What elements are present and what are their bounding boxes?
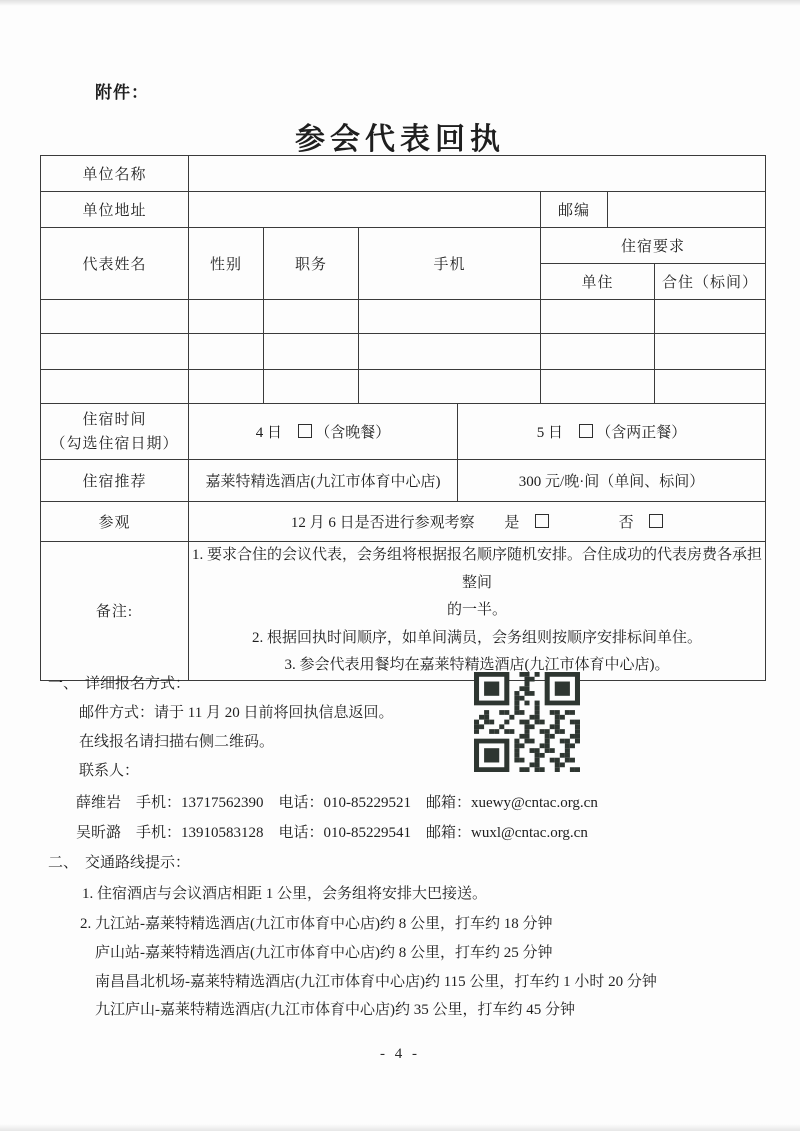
page-title: 参会代表回执 xyxy=(0,114,800,158)
transport-line-1: 1. 住宿酒店与会议酒店相距 1 公里，会务组将安排大巴接送。 xyxy=(82,882,487,903)
delegate-row xyxy=(41,334,766,370)
postal-code-label: 邮编 xyxy=(541,192,608,228)
col-header-gender: 性别 xyxy=(189,228,264,300)
online-signup-line: 在线报名请扫描右侧二维码。 xyxy=(79,730,274,751)
scanned-document-page: 附件： 参会代表回执 单位名称 单位地址 邮编 代表姓名 性别 职务 手机 住宿… xyxy=(0,0,800,1131)
transport-line-2: 2. 九江站-嘉莱特精选酒店(九江市体育中心店)约 8 公里，打车约 18 分钟 xyxy=(80,912,553,933)
day4-checkbox[interactable] xyxy=(298,424,312,438)
contact-line-1: 薛维岩 手机：13717562390 电话：010-85229521 邮箱：xu… xyxy=(76,791,598,812)
stay-option-day5: 5 日 （含两正餐） xyxy=(458,404,766,460)
stay-option-day4-note: （含晚餐） xyxy=(315,425,390,441)
stay-time-label: 住宿时间 （勾选住宿日期） xyxy=(41,404,189,460)
contact-line-2: 吴昕潞 手机：13910583128 电话：010-85229541 邮箱：wu… xyxy=(76,821,588,842)
section2-title: 交通路线提示： xyxy=(85,855,190,871)
col-header-single-room: 单住 xyxy=(541,264,655,300)
transport-line-4: 南昌昌北机场-嘉莱特精选酒店(九江市体育中心店)约 115 公里，打车约 1 小… xyxy=(95,970,657,991)
scan-edge-top xyxy=(0,0,800,6)
visit-yes-checkbox[interactable] xyxy=(535,514,549,528)
visit-no-checkbox[interactable] xyxy=(649,514,663,528)
col-header-position: 职务 xyxy=(264,228,359,300)
delegate-name-field[interactable] xyxy=(41,370,189,404)
visit-question: 12 月 6 日是否进行参观考察 xyxy=(291,515,475,531)
remarks-label: 备注: xyxy=(41,542,189,681)
stay-recommend-row: 住宿推荐 嘉莱特精选酒店(九江市体育中心店) 300 元/晚·间（单间、标间） xyxy=(41,460,766,502)
registration-form-table: 单位名称 单位地址 邮编 代表姓名 性别 职务 手机 住宿要求 单住 合住（标间… xyxy=(40,155,766,681)
stay-recommend-label: 住宿推荐 xyxy=(41,460,189,502)
gender-field[interactable] xyxy=(189,300,264,334)
stay-option-day4: 4 日 （含晚餐） xyxy=(189,404,458,460)
transport-line-3: 庐山站-嘉莱特精选酒店(九江市体育中心店)约 8 公里，打车约 25 分钟 xyxy=(95,941,553,962)
mobile-field[interactable] xyxy=(359,300,541,334)
stay-option-day4-text: 4 日 xyxy=(256,425,282,441)
remarks-row: 备注: 1. 要求合住的会议代表，会务组将根据报名顺序随机安排。合住成功的代表房… xyxy=(41,542,766,681)
position-field[interactable] xyxy=(264,334,359,370)
position-field[interactable] xyxy=(264,300,359,334)
section1-number: 一、 xyxy=(48,672,78,693)
gender-field[interactable] xyxy=(189,370,264,404)
unit-name-label: 单位名称 xyxy=(41,156,189,192)
visit-no-label: 否 xyxy=(619,515,634,531)
remarks-line-1b: 的一半。 xyxy=(189,597,765,625)
stay-recommend-price: 300 元/晚·间（单间、标间） xyxy=(458,460,766,502)
email-method-line: 邮件方式：请于 11 月 20 日前将回执信息返回。 xyxy=(79,701,393,722)
mobile-field[interactable] xyxy=(359,370,541,404)
visit-yes-label: 是 xyxy=(504,515,519,531)
col-header-mobile: 手机 xyxy=(359,228,541,300)
qr-code xyxy=(474,672,580,772)
delegate-name-field[interactable] xyxy=(41,334,189,370)
scan-edge-bottom xyxy=(0,1124,800,1131)
table-row: 单位地址 邮编 xyxy=(41,192,766,228)
stay-option-day5-note: （含两正餐） xyxy=(596,425,686,441)
section2-number: 二、 xyxy=(48,851,78,872)
unit-name-field[interactable] xyxy=(189,156,766,192)
stay-recommend-hotel: 嘉莱特精选酒店(九江市体育中心店) xyxy=(189,460,458,502)
shared-room-field[interactable] xyxy=(655,370,766,404)
delegate-row xyxy=(41,300,766,334)
table-header-row: 代表姓名 性别 职务 手机 住宿要求 xyxy=(41,228,766,264)
postal-code-field[interactable] xyxy=(608,192,766,228)
day5-checkbox[interactable] xyxy=(579,424,593,438)
remarks-content: 1. 要求合住的会议代表，会务组将根据报名顺序随机安排。合住成功的代表房费各承担… xyxy=(189,542,766,681)
mobile-field[interactable] xyxy=(359,334,541,370)
col-header-delegate-name: 代表姓名 xyxy=(41,228,189,300)
shared-room-field[interactable] xyxy=(655,300,766,334)
stay-time-row: 住宿时间 （勾选住宿日期） 4 日 （含晚餐） 5 日 （含两正餐） xyxy=(41,404,766,460)
stay-time-label-line2: （勾选住宿日期） xyxy=(41,432,188,456)
single-room-field[interactable] xyxy=(541,300,655,334)
section1-heading: 一、详细报名方式： xyxy=(48,672,190,693)
section1-title: 详细报名方式： xyxy=(85,676,190,692)
delegate-name-field[interactable] xyxy=(41,300,189,334)
section2-heading: 二、交通路线提示： xyxy=(48,851,190,872)
shared-room-field[interactable] xyxy=(655,334,766,370)
col-header-accommodation: 住宿要求 xyxy=(541,228,766,264)
single-room-field[interactable] xyxy=(541,334,655,370)
transport-line-5: 九江庐山-嘉莱特精选酒店(九江市体育中心店)约 35 公里，打车约 45 分钟 xyxy=(95,998,575,1019)
visit-label: 参观 xyxy=(41,502,189,542)
table-row: 单位名称 xyxy=(41,156,766,192)
remarks-line-2: 2. 根据回执时间顺序，如单间满员，会务组则按顺序安排标间单住。 xyxy=(189,625,765,653)
col-header-shared-room: 合住（标间） xyxy=(655,264,766,300)
remarks-line-1: 1. 要求合住的会议代表，会务组将根据报名顺序随机安排。合住成功的代表房费各承担… xyxy=(189,542,765,597)
unit-address-field[interactable] xyxy=(189,192,541,228)
delegate-row xyxy=(41,370,766,404)
unit-address-label: 单位地址 xyxy=(41,192,189,228)
gender-field[interactable] xyxy=(189,334,264,370)
attachment-label: 附件： xyxy=(95,78,149,103)
visit-question-cell: 12 月 6 日是否进行参观考察 是 否 xyxy=(189,502,766,542)
stay-option-day5-text: 5 日 xyxy=(537,425,563,441)
stay-time-label-line1: 住宿时间 xyxy=(41,408,188,432)
visit-row: 参观 12 月 6 日是否进行参观考察 是 否 xyxy=(41,502,766,542)
contacts-heading: 联系人： xyxy=(79,759,139,780)
single-room-field[interactable] xyxy=(541,370,655,404)
position-field[interactable] xyxy=(264,370,359,404)
page-number: - 4 - xyxy=(0,1046,800,1063)
